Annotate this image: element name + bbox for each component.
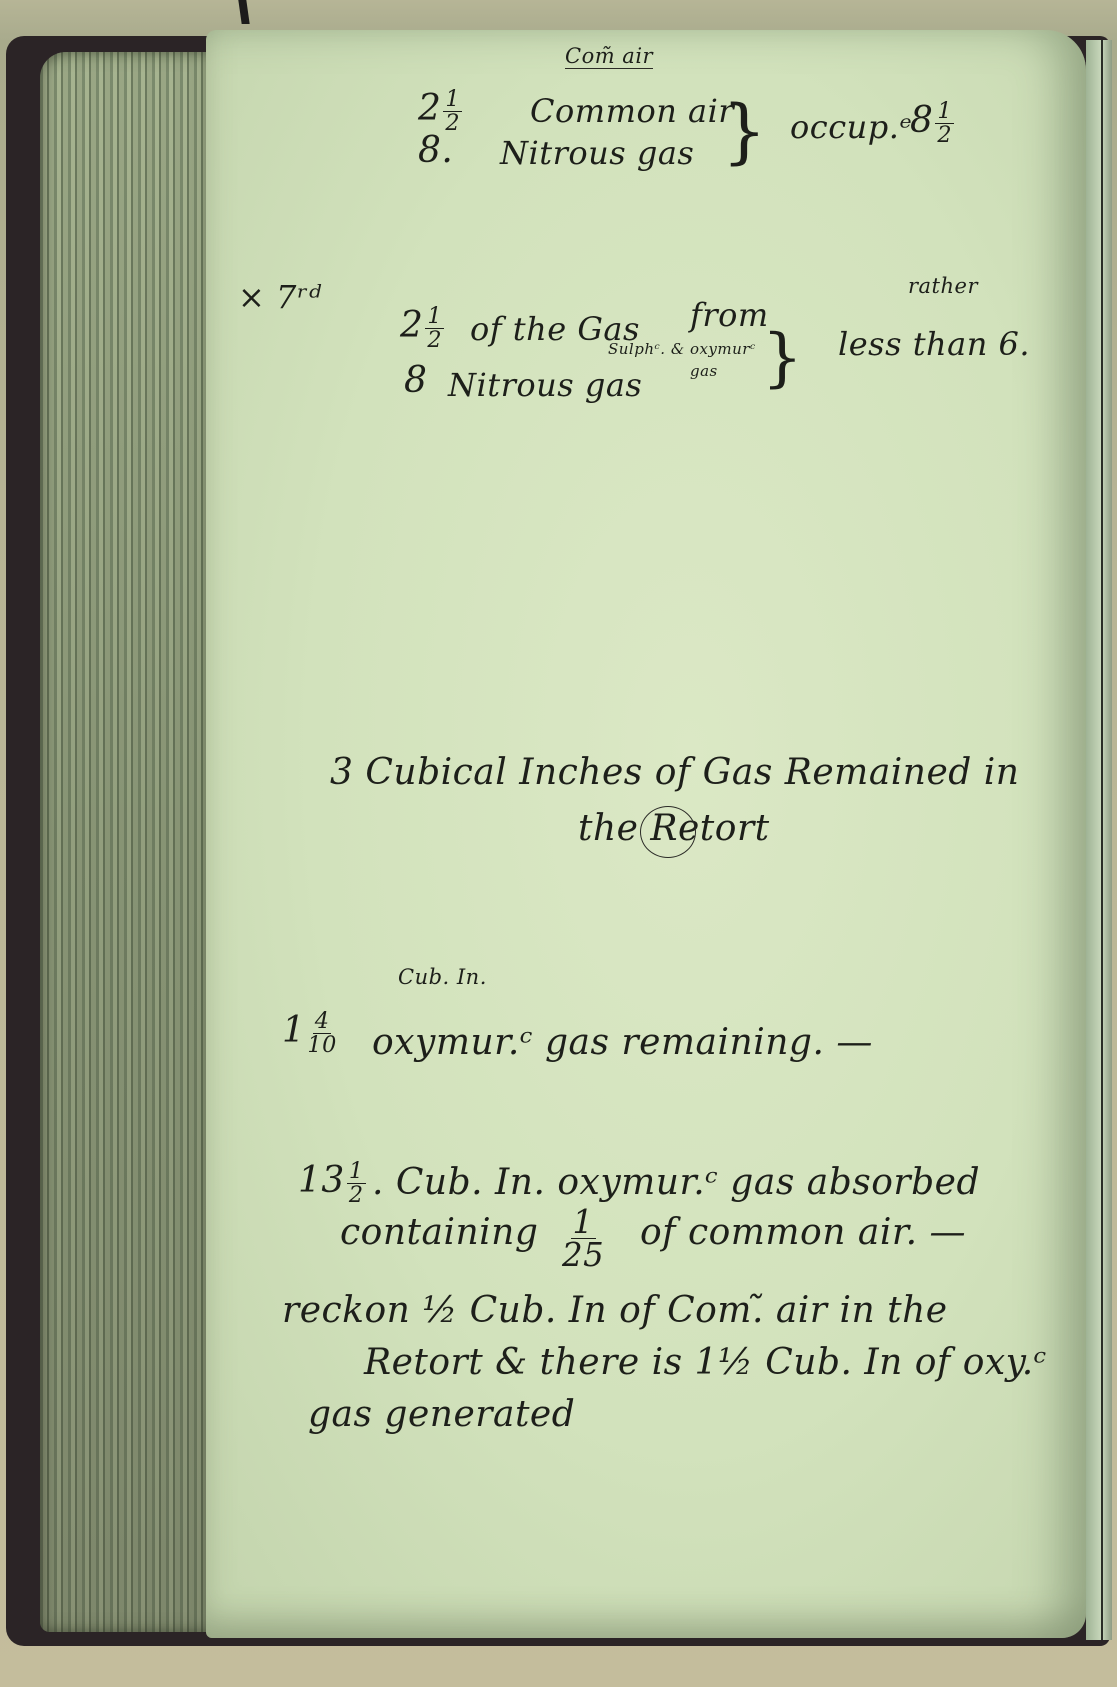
entry-5-line-2-suffix: of common air. — <box>640 1212 966 1253</box>
entry-1-line-1-text: Common air <box>530 92 734 130</box>
gutter-line <box>1101 40 1103 1640</box>
entry-4-text: oxymur.ᶜ gas remaining. — <box>372 1022 873 1063</box>
entry-6-line-1: reckon ½ Cub. In of Com.̃ air in the <box>282 1290 948 1331</box>
entry-2-margin-mark: × 7ʳᵈ <box>238 278 322 316</box>
entry-1-brace: } <box>722 96 767 166</box>
entry-2-line-2-text: Nitrous gas <box>448 366 642 404</box>
entry-1-result-value: 812 <box>910 100 956 146</box>
entry-6-line-2: Retort & there is 1½ Cub. In of oxy.ᶜ <box>364 1342 1047 1383</box>
entry-4-amount: 1410 <box>282 1010 339 1056</box>
entry-2-line-1-amount: 212 <box>400 305 446 351</box>
fore-edge-shadow <box>40 52 220 1632</box>
entry-2-line-2-amount: 8 <box>404 360 427 401</box>
entry-2-brace: } <box>762 326 803 390</box>
entry-1-heading: Com̃ air <box>565 44 653 69</box>
entry-2-result-superscript: rather <box>908 274 978 298</box>
entry-2-interlinear-gas: gas <box>690 362 718 380</box>
entry-2-line-1-continuation: from <box>690 296 769 334</box>
entry-6-line-3: gas generated <box>308 1394 575 1435</box>
entry-5-line-1: . Cub. In. oxymur.ᶜ gas absorbed <box>372 1162 980 1203</box>
entry-1-line-2-text: Nitrous gas <box>500 134 694 172</box>
entry-5-amount: 1312 <box>298 1160 368 1206</box>
entry-1-line-1-amount: 212 <box>418 88 464 134</box>
entry-4-superscript: Cub. In. <box>398 965 487 989</box>
entry-1-result-label: occup.ᵉ <box>790 108 912 146</box>
entry-1-line-2-amount: 8. <box>418 130 453 171</box>
page-gutter <box>1086 40 1112 1640</box>
entry-5-fraction: 125 <box>560 1206 606 1272</box>
entry-2-interlinear: Sulphᶜ. & oxymurᶜ <box>608 340 756 358</box>
entry-2-result-text: less than 6. <box>838 325 1030 363</box>
entry-3-line-1: 3 Cubical Inches of Gas Remained in <box>330 752 1019 793</box>
entry-5-line-2-prefix: containing <box>340 1212 538 1253</box>
entry-3-circled-r <box>640 806 696 858</box>
